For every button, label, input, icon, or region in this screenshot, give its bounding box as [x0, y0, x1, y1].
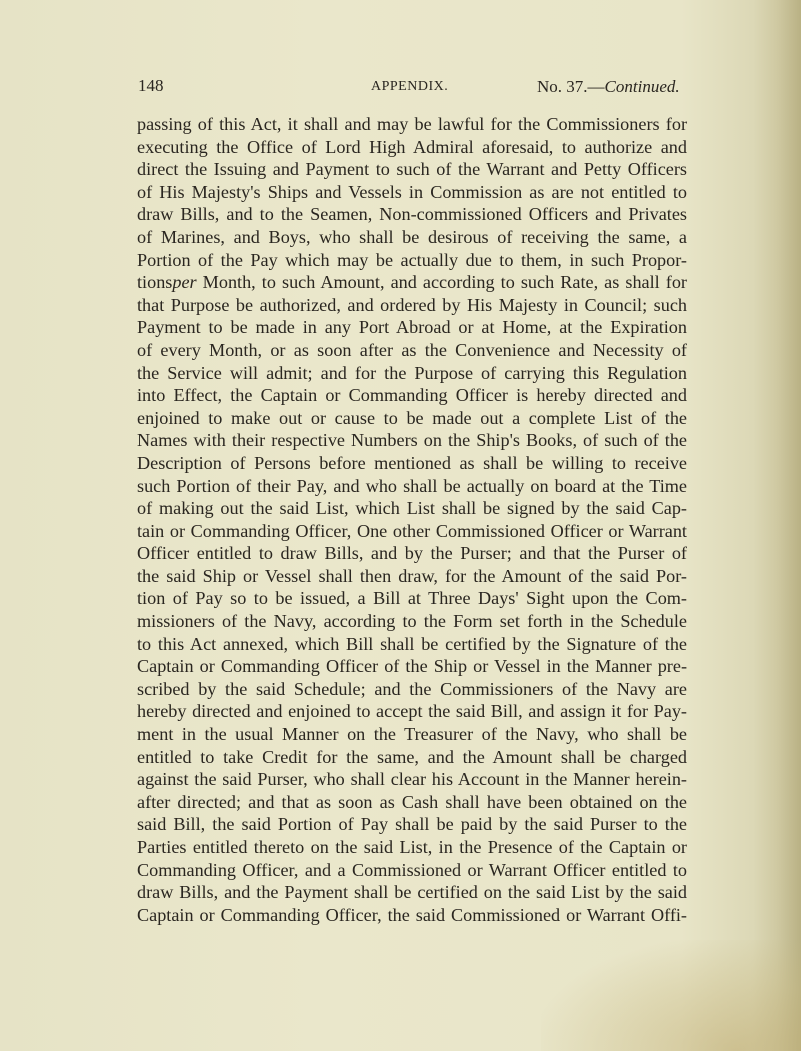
text-line: tion of Pay so to be issued, a Bill at T… [137, 587, 687, 610]
water-stain [541, 940, 801, 1051]
text-line: of His Majesty's Ships and Vessels in Co… [137, 181, 687, 204]
text-line: after directed; and that as soon as Cash… [137, 791, 687, 814]
text-line: of Marines, and Boys, who shall be desir… [137, 226, 687, 249]
body-text: passing of this Act, it shall and may be… [137, 113, 687, 926]
text-line: missioners of the Navy, according to the… [137, 610, 687, 633]
text-line: tain or Commanding Officer, One other Co… [137, 520, 687, 543]
text-line: ment in the usual Manner on the Treasure… [137, 723, 687, 746]
text-line: to this Act annexed, which Bill shall be… [137, 633, 687, 656]
text-line: against the said Purser, who shall clear… [137, 768, 687, 791]
text-line: into Effect, the Captain or Commanding O… [137, 384, 687, 407]
text-line: that Purpose be authorized, and ordered … [137, 294, 687, 317]
text-line: hereby directed and enjoined to accept t… [137, 700, 687, 723]
text-line: Parties entitled thereto on the said Lis… [137, 836, 687, 859]
text-line: enjoined to make out or cause to be made… [137, 407, 687, 430]
text-line: scribed by the said Schedule; and the Co… [137, 678, 687, 701]
text-line: Captain or Commanding Officer, the said … [137, 904, 687, 927]
text-line: executing the Office of Lord High Admira… [137, 136, 687, 159]
text-line: draw Bills, and to the Seamen, Non-commi… [137, 203, 687, 226]
italic-per: per [172, 272, 196, 292]
section-continued: Continued. [605, 77, 680, 96]
text-line: tionsper Month, to such Amount, and acco… [137, 271, 687, 294]
text-fragment: tions [137, 272, 172, 292]
text-line: Portion of the Pay which may be actually… [137, 249, 687, 272]
text-line: said Bill, the said Portion of Pay shall… [137, 813, 687, 836]
text-line: the Service will admit; and for the Purp… [137, 362, 687, 385]
text-line: draw Bills, and the Payment shall be cer… [137, 881, 687, 904]
document-page: 148 APPENDIX. No. 37.—Continued. passing… [0, 0, 801, 1051]
text-line: of every Month, or as soon after as the … [137, 339, 687, 362]
text-line: Names with their respective Numbers on t… [137, 429, 687, 452]
text-line: of making out the said List, which List … [137, 497, 687, 520]
page-number: 148 [138, 76, 164, 96]
section-number: No. 37.— [537, 77, 605, 96]
section-reference: No. 37.—Continued. [537, 77, 680, 97]
running-title: APPENDIX. [371, 79, 448, 95]
text-fragment: Month, to such Amount, and according to … [197, 272, 687, 292]
text-line: passing of this Act, it shall and may be… [137, 113, 687, 136]
text-line: Officer entitled to draw Bills, and by t… [137, 542, 687, 565]
text-line: Captain or Commanding Officer of the Shi… [137, 655, 687, 678]
text-line: Description of Persons before mentioned … [137, 452, 687, 475]
text-line: the said Ship or Vessel shall then draw,… [137, 565, 687, 588]
text-line: entitled to take Credit for the same, an… [137, 746, 687, 769]
text-line: Commanding Officer, and a Commissioned o… [137, 859, 687, 882]
text-line: such Portion of their Pay, and who shall… [137, 475, 687, 498]
text-line: direct the Issuing and Payment to such o… [137, 158, 687, 181]
page-header: 148 APPENDIX. No. 37.—Continued. [138, 76, 700, 102]
text-line: Payment to be made in any Port Abroad or… [137, 316, 687, 339]
